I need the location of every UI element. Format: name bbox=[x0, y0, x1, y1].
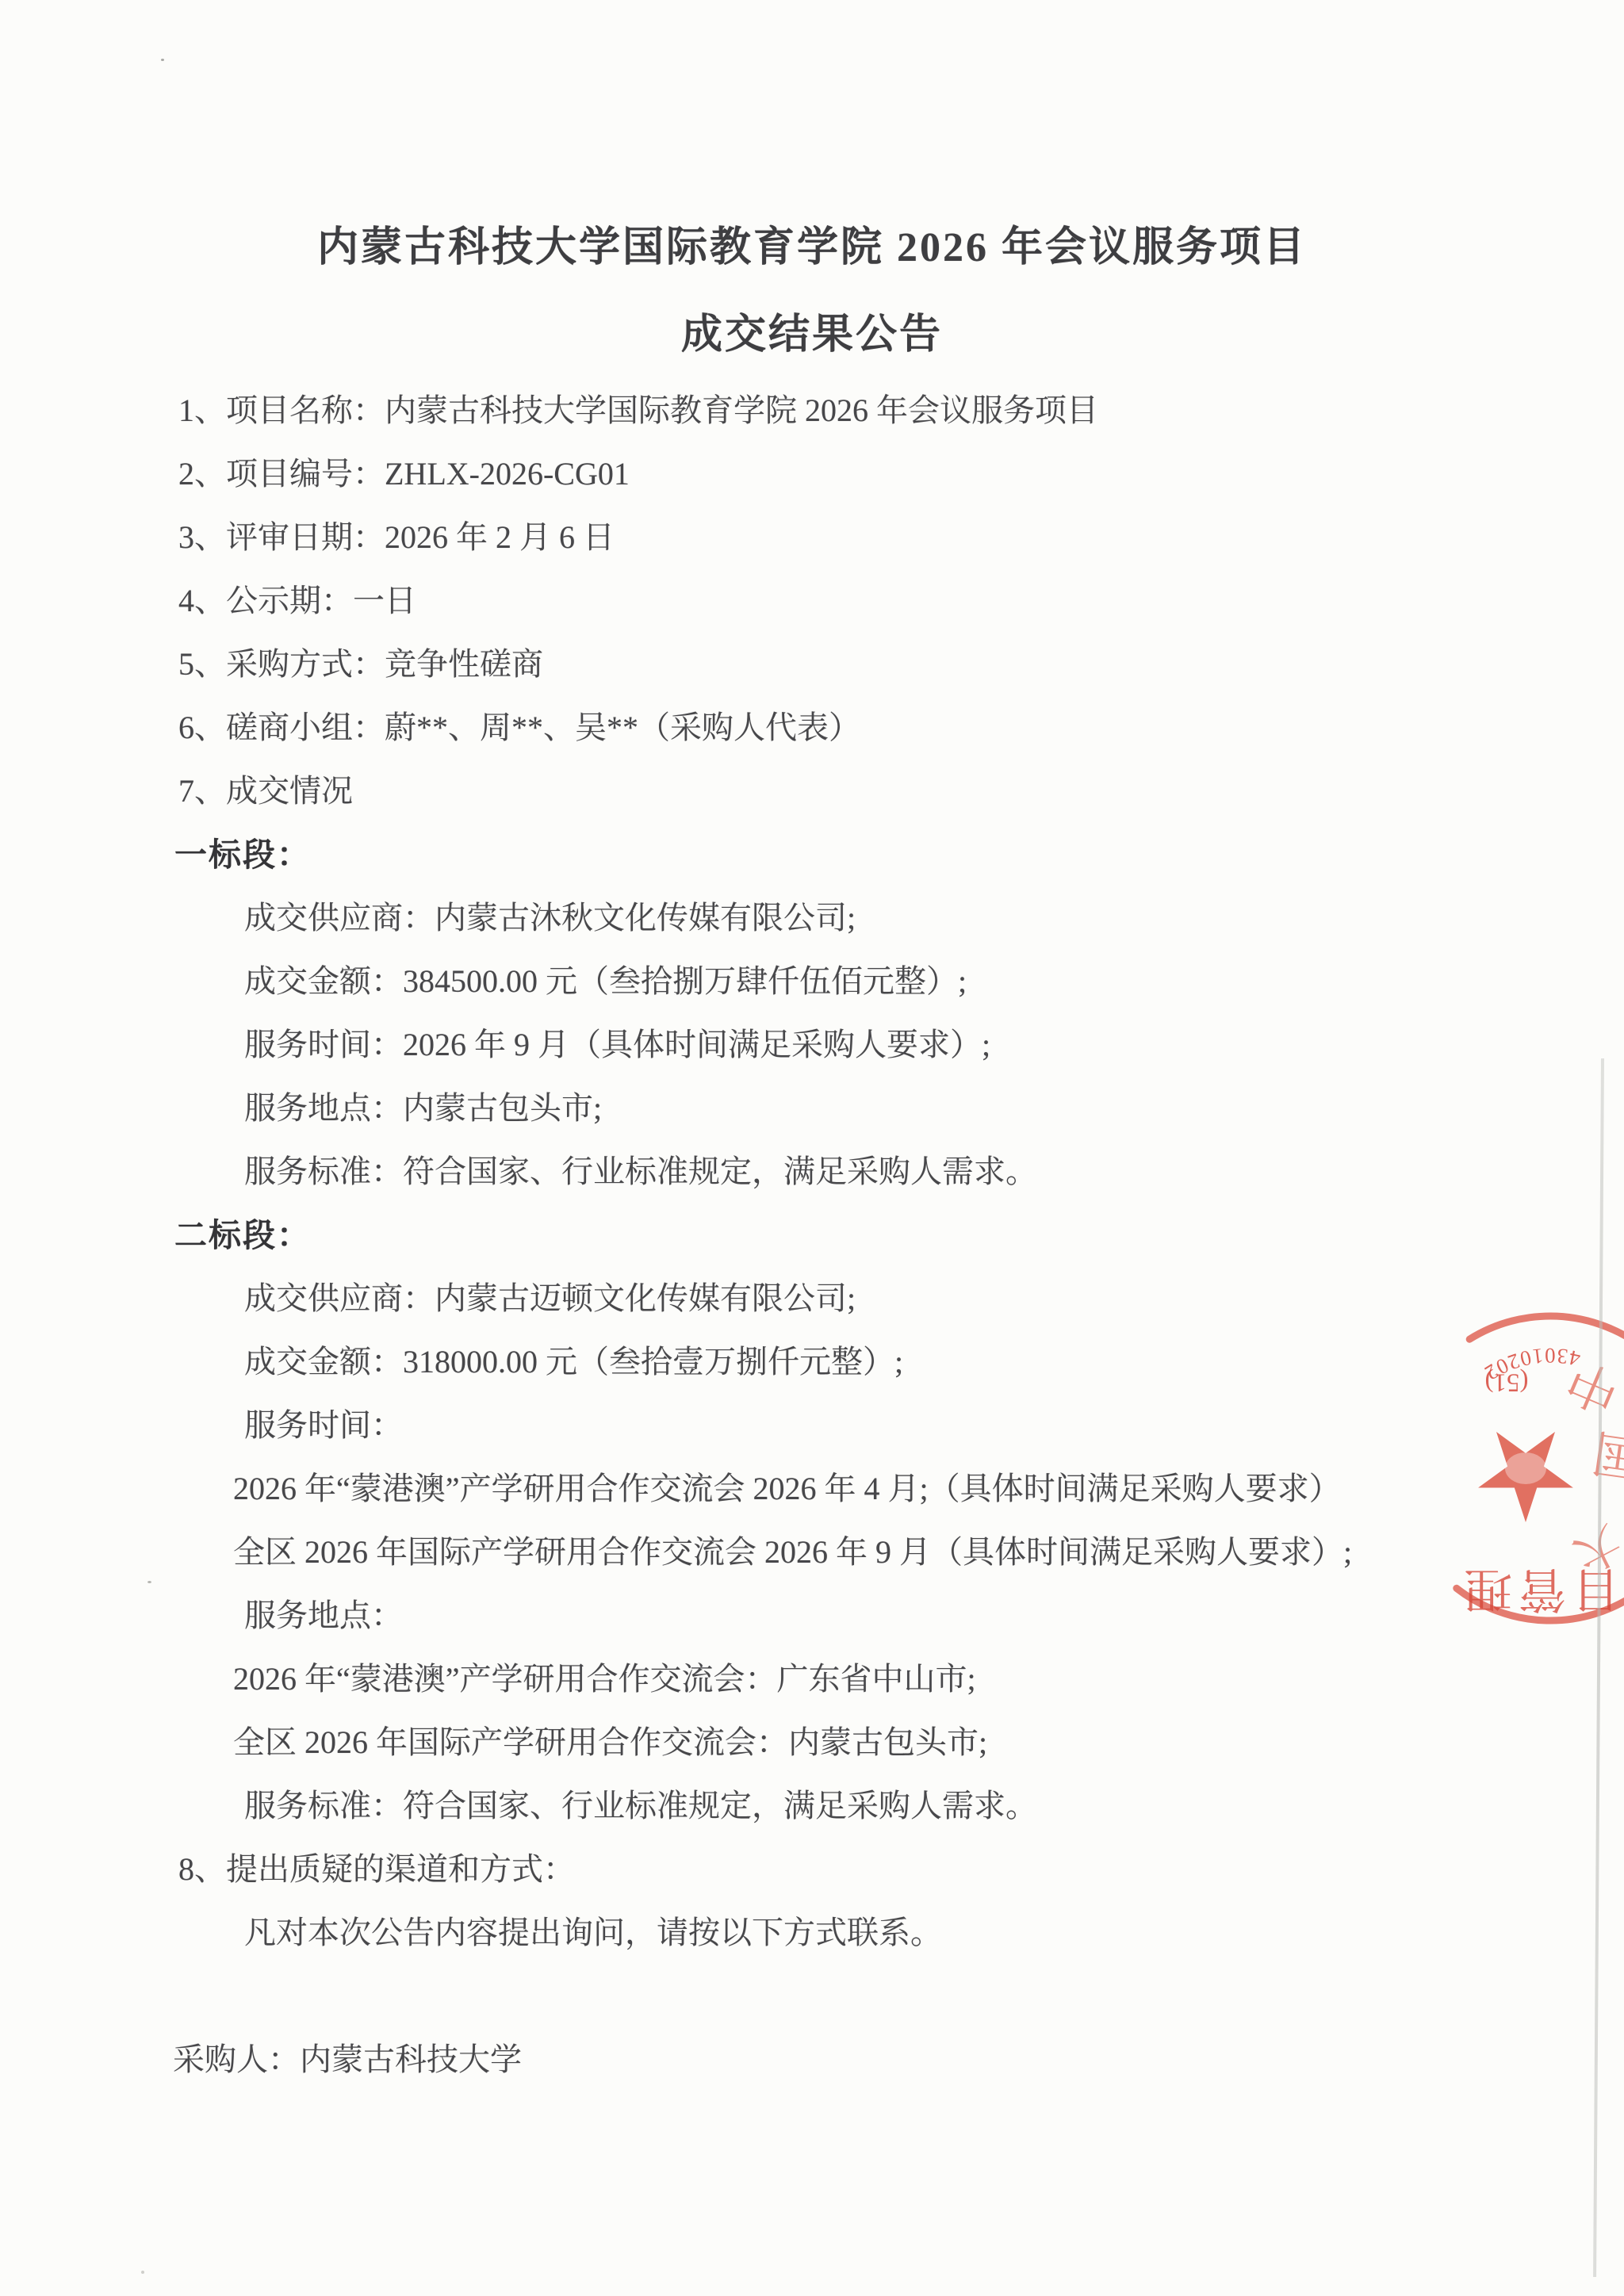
list-item-procurement-method: 5、采购方式：竞争性磋商 bbox=[0, 633, 1624, 696]
list-item-publicity-period: 4、公示期：一日 bbox=[0, 569, 1624, 633]
section-heading-lot2: 二标段： bbox=[0, 1203, 1624, 1267]
detail-line-supplier-lot2: 成交供应商：内蒙古迈顿文化传媒有限公司; bbox=[0, 1267, 1624, 1330]
detail-line-service-standard-lot1: 服务标准：符合国家、行业标准规定，满足采购人需求。 bbox=[0, 1140, 1624, 1203]
doc-title-line2: 成交结果公告 bbox=[0, 292, 1624, 379]
scan-speck bbox=[147, 1581, 151, 1583]
list-item-award-status: 7、成交情况 bbox=[0, 760, 1624, 823]
scanned-document-page: 内蒙古科技大学国际教育学院 2026 年会议服务项目 成交结果公告 1、项目名称… bbox=[0, 0, 1624, 2296]
continuation-line-place-event1: 2026 年“蒙港澳”产学研用合作交流会：广东省中山市; bbox=[0, 1647, 1624, 1711]
closing-line-purchaser: 采购人：内蒙古科技大学 bbox=[0, 2028, 1624, 2091]
detail-line-service-place-lot1: 服务地点：内蒙古包头市; bbox=[0, 1077, 1624, 1140]
scan-speck bbox=[161, 59, 164, 61]
list-item-objection-channel: 8、提出质疑的渠道和方式： bbox=[0, 1838, 1624, 1901]
detail-line-service-place-label-lot2: 服务地点： bbox=[0, 1584, 1624, 1647]
seal-arc-char: 国 bbox=[1589, 1423, 1624, 1486]
section-heading-lot1: 一标段： bbox=[0, 823, 1624, 886]
scan-speck bbox=[141, 2271, 144, 2274]
blank-line bbox=[0, 1965, 1624, 2028]
continuation-line-time-event1: 2026 年“蒙港澳”产学研用合作交流会 2026 年 4 月;（具体时间满足采… bbox=[0, 1457, 1624, 1521]
detail-line-service-standard-lot2: 服务标准：符合国家、行业标准规定，满足采购人需求。 bbox=[0, 1774, 1624, 1838]
detail-line-service-time-lot1: 服务时间：2026 年 9 月（具体时间满足采购人要求）; bbox=[0, 1013, 1624, 1077]
list-item-project-name: 1、项目名称：内蒙古科技大学国际教育学院 2026 年会议服务项目 bbox=[0, 379, 1624, 442]
seal-star-worn-patch bbox=[1505, 1452, 1546, 1484]
continuation-line-place-event2: 全区 2026 年国际产学研用合作交流会：内蒙古包头市; bbox=[0, 1711, 1624, 1774]
detail-line-amount-lot2: 成交金额：318000.00 元（叁拾壹万捌仟元整）; bbox=[0, 1330, 1624, 1394]
detail-line-supplier-lot1: 成交供应商：内蒙古沐秋文化传媒有限公司; bbox=[0, 886, 1624, 950]
detail-line-inquiry-note: 凡对本次公告内容提出询问，请按以下方式联系。 bbox=[0, 1901, 1624, 1965]
detail-line-amount-lot1: 成交金额：384500.00 元（叁拾捌万肆仟伍佰元整）; bbox=[0, 950, 1624, 1013]
list-item-project-number: 2、项目编号：ZHLX-2026-CG01 bbox=[0, 442, 1624, 506]
seal-region-code: (51) bbox=[1485, 1368, 1529, 1396]
list-item-review-date: 3、评审日期：2026 年 2 月 6 日 bbox=[0, 506, 1624, 569]
list-item-negotiation-group: 6、磋商小组：蔚**、周**、吴**（采购人代表） bbox=[0, 696, 1624, 760]
continuation-line-time-event2: 全区 2026 年国际产学研用合作交流会 2026 年 9 月（具体时间满足采购… bbox=[0, 1521, 1624, 1584]
detail-line-service-time-label-lot2: 服务时间： bbox=[0, 1394, 1624, 1457]
doc-title-line1: 内蒙古科技大学国际教育学院 2026 年会议服务项目 bbox=[0, 205, 1624, 292]
announcement-body: 内蒙古科技大学国际教育学院 2026 年会议服务项目 成交结果公告 1、项目名称… bbox=[0, 205, 1624, 2091]
